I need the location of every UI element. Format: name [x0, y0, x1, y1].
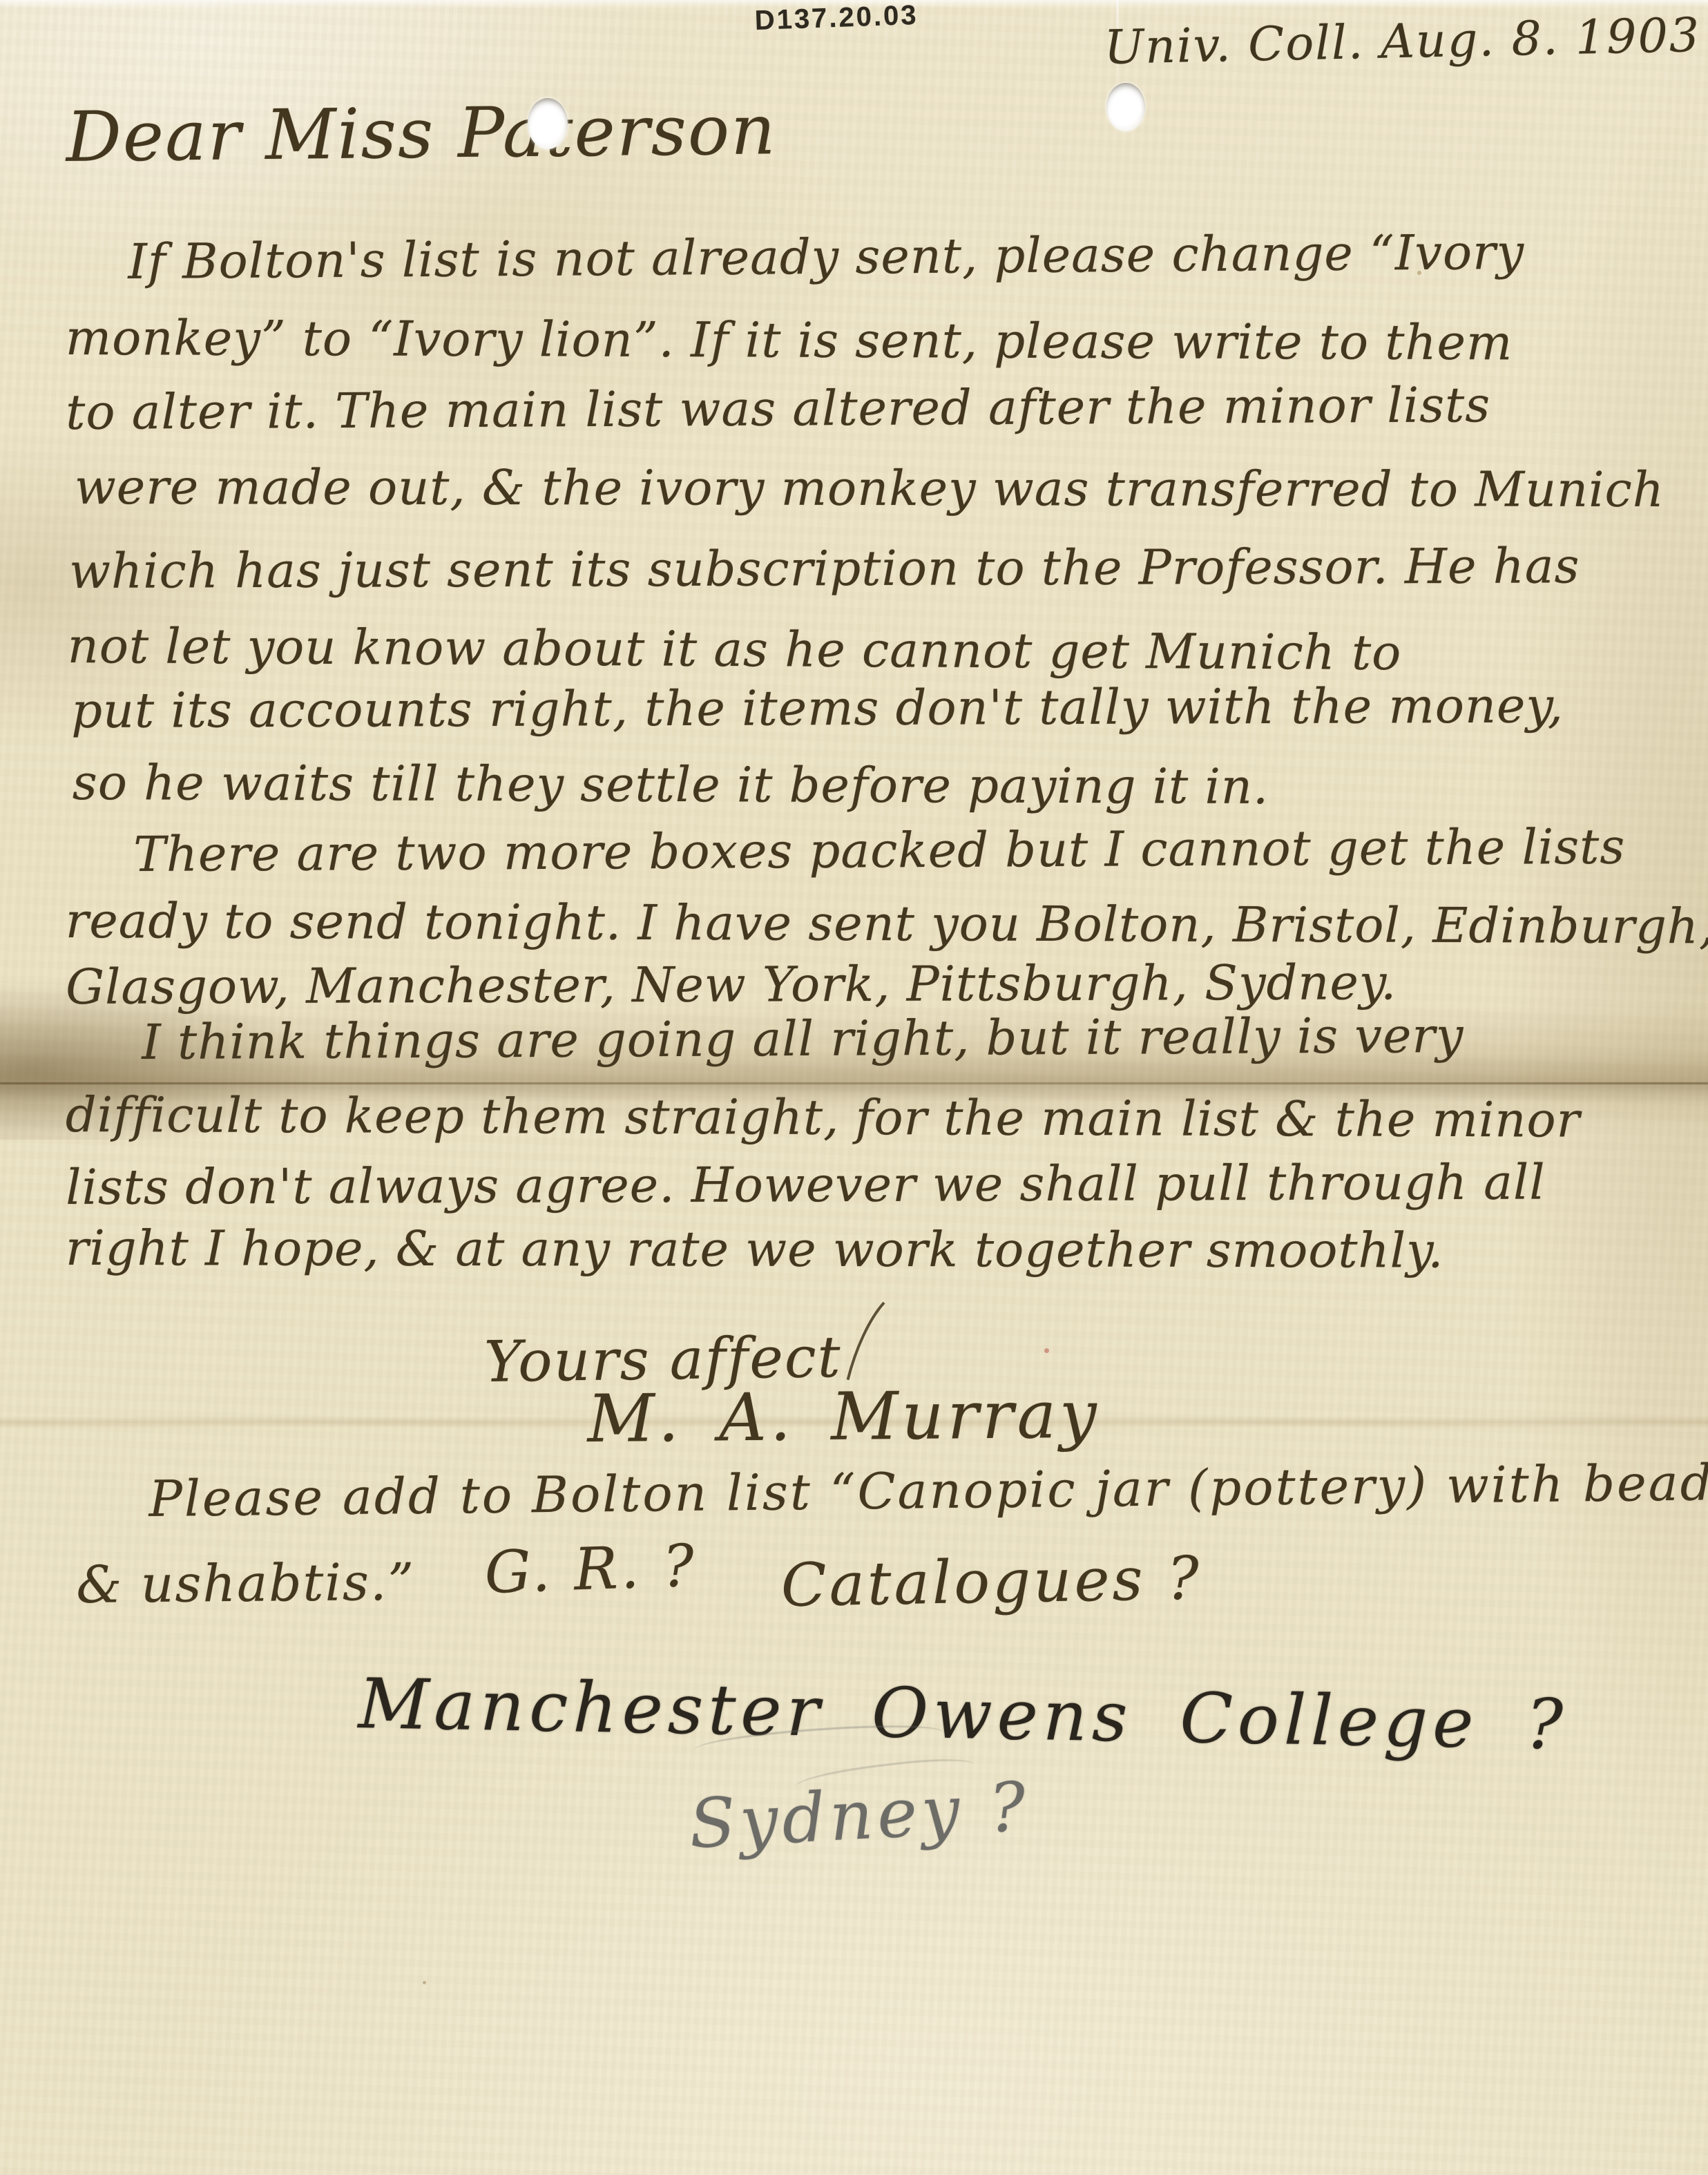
body-line: right I hope, & at any rate we work toge… [66, 1220, 1444, 1278]
body-line: ready to send tonight. I have sent you B… [66, 892, 1708, 955]
body-line: were made out, & the ivory monkey was tr… [75, 459, 1664, 518]
paper-speck [1044, 1348, 1049, 1353]
paper-speck [423, 1981, 426, 1984]
punch-hole-left [528, 98, 568, 149]
body-line: lists don't always agree. However we sha… [66, 1154, 1546, 1216]
salutation: Dear Miss Paterson [66, 89, 777, 178]
fold-crease-line [0, 1082, 1708, 1084]
body-line: which has just sent its subscription to … [69, 537, 1580, 600]
body-line: monkey” to “Ivory lion”. If it is sent, … [66, 309, 1513, 371]
signature: M. A. Murray [587, 1377, 1100, 1457]
body-line: I think things are going all right, but … [142, 1007, 1464, 1071]
body-line: There are two more boxes packed but I ca… [133, 818, 1625, 883]
body-line: so he waits till they settle it before p… [73, 754, 1269, 815]
body-line: If Bolton's list is not already sent, pl… [128, 224, 1524, 290]
body-line: difficult to keep them straight, for the… [66, 1086, 1580, 1149]
ps-catalogues-query: Catalogues ? [780, 1544, 1202, 1620]
body-line: put its accounts right, the items don't … [71, 677, 1564, 739]
body-line: Glasgow, Manchester, New York, Pittsburg… [66, 954, 1397, 1015]
ps-ushabtis: & ushabtis.” [76, 1553, 416, 1615]
body-line: not let you know about it as he cannot g… [68, 617, 1402, 681]
catalog-number: D137.20.03 [754, 0, 919, 37]
letter-scan-page: D137.20.03 Univ. Coll. Aug. 8. 1903 Dear… [0, 0, 1708, 2175]
paper-speck [1417, 271, 1421, 275]
body-line: to alter it. The main list was altered a… [66, 376, 1490, 441]
closing-flourish-mark [841, 1300, 890, 1383]
ps-gr-query: G. R. ? [483, 1531, 698, 1607]
punch-hole-right [1106, 83, 1145, 131]
